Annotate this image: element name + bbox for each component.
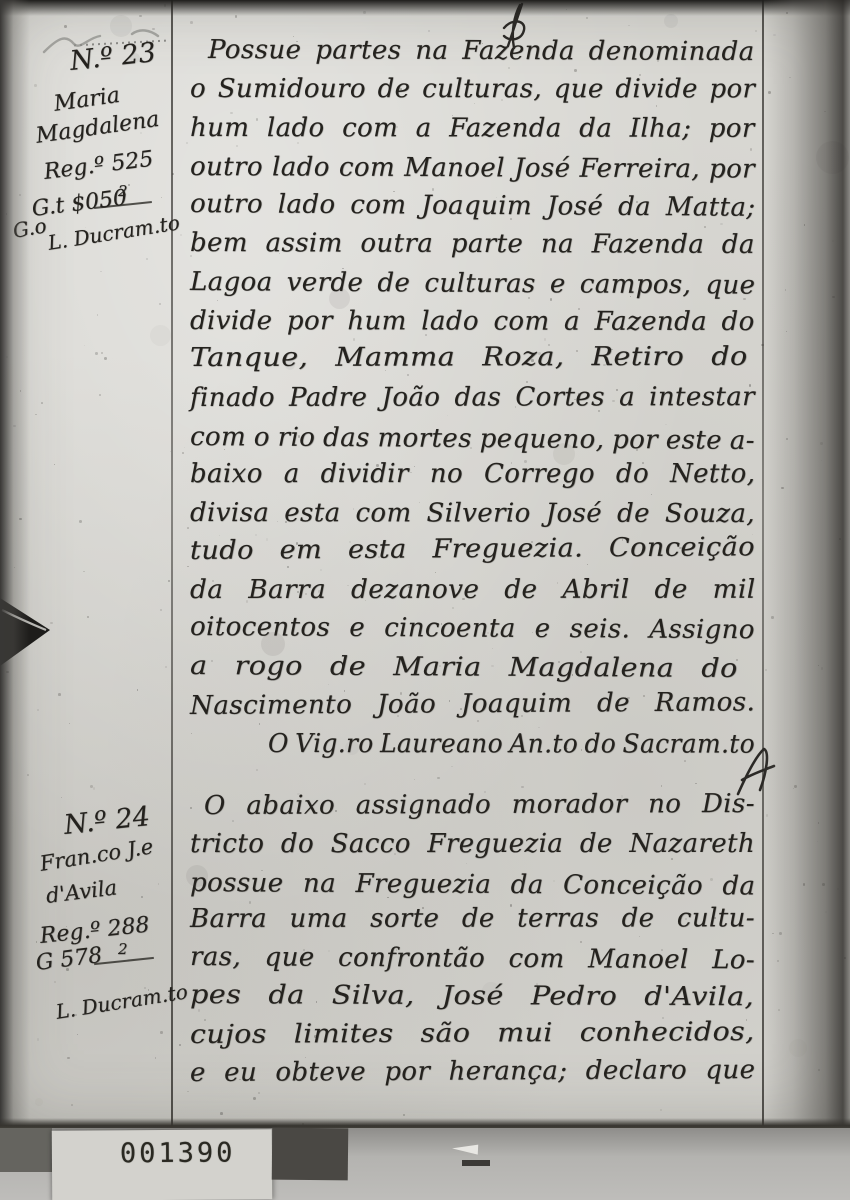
handwritten-line: tudo em esta Freguezia. Conceição <box>190 533 755 567</box>
handwritten-line: cujos limites são mui conhecidos, <box>190 1017 755 1050</box>
registrant-name-line: Magdalena <box>34 107 161 149</box>
top-edge-shadow <box>0 0 850 16</box>
arrow-mark <box>452 1143 478 1154</box>
fee-amount: G.t $050 <box>30 185 128 221</box>
handwritten-line: Tanque, Mamma Roza, Retiro do <box>190 342 748 373</box>
handwritten-line: oitocentos e cincoenta e seis. Assigno <box>190 612 755 645</box>
handwritten-line: Barra uma sorte de terras de cultu- <box>190 903 755 934</box>
dash-mark <box>462 1160 490 1166</box>
pencil-scribble <box>40 24 170 60</box>
stamp-card: 001390 <box>52 1129 272 1200</box>
archive-stamp-number: 001390 <box>120 1137 236 1169</box>
handwritten-line: com o rio das mortes pequeno, por este a… <box>190 422 755 456</box>
registrant-name-line: Maria <box>52 83 121 117</box>
handwritten-line: ras, que confrontão com Manoel Lo- <box>190 942 755 975</box>
bottom-strip: 001390 <box>0 1128 850 1200</box>
handwritten-line: pes da Silva, José Pedro d'Avila, <box>190 980 754 1012</box>
handwritten-line: Possue partes na Fazenda denominada <box>208 35 755 67</box>
left-edge-shadow <box>0 0 30 1128</box>
page: N.º 23 Maria Magdalena Reg.º 525 2 G.t $… <box>0 0 850 1128</box>
handwritten-line: e eu obteve por herança; declaro que <box>190 1055 755 1088</box>
handwritten-line: tricto do Sacco Freguezia de Nazareth <box>190 829 755 859</box>
document-scan: N.º 23 Maria Magdalena Reg.º 525 2 G.t $… <box>0 0 850 1200</box>
book-reference: L. Ducram.to <box>54 979 189 1024</box>
dark-patch <box>272 1128 349 1181</box>
margin-rule-left <box>171 0 173 1128</box>
handwritten-line: O abaixo assignado morador no Dis- <box>204 789 755 821</box>
dark-patch <box>0 1128 52 1172</box>
handwritten-line: da Barra dezanove de Abril de mil <box>190 575 756 605</box>
handwritten-line: bem assim outra parte na Fazenda da <box>190 228 755 260</box>
handwritten-line: baixo a dividir no Corrego do Netto, <box>190 459 755 489</box>
handwritten-line: a rogo de Maria Magdalena do <box>190 651 738 684</box>
handwritten-line: o Sumidouro de culturas, que divide por <box>190 74 755 104</box>
handwritten-line: outro lado com Manoel José Ferreira, por <box>190 152 755 184</box>
handwritten-line: Lagoa verde de culturas e campos, que <box>190 267 756 301</box>
handwritten-line: Nascimento João Joaquim de Ramos. <box>190 687 755 721</box>
registry-number: Reg.º 525 <box>42 147 154 185</box>
fraction-numerator: 2 <box>118 940 128 958</box>
handwritten-line: outro lado com Joaquim José da Matta; <box>190 189 756 223</box>
handwritten-line: hum lado com a Fazenda da Ilha; por <box>190 113 755 144</box>
right-gutter-shadow <box>762 0 850 1128</box>
registrant-name-line: d'Avila <box>45 875 119 908</box>
handwritten-line: O Vig.ro Laureano An.to do Sacram.to <box>268 729 755 760</box>
handwritten-line: divide por hum lado com a Fazenda do <box>190 306 755 337</box>
handwritten-line: possue na Freguezia da Conceição da <box>190 868 756 901</box>
entry-number: N.º 24 <box>62 801 151 841</box>
handwritten-line: finado Padre João das Cortes a intestar <box>190 382 755 413</box>
registrant-name-line: Fran.co J.e <box>38 834 155 876</box>
handwritten-line: divisa esta com Silverio José de Souza, <box>190 498 755 529</box>
